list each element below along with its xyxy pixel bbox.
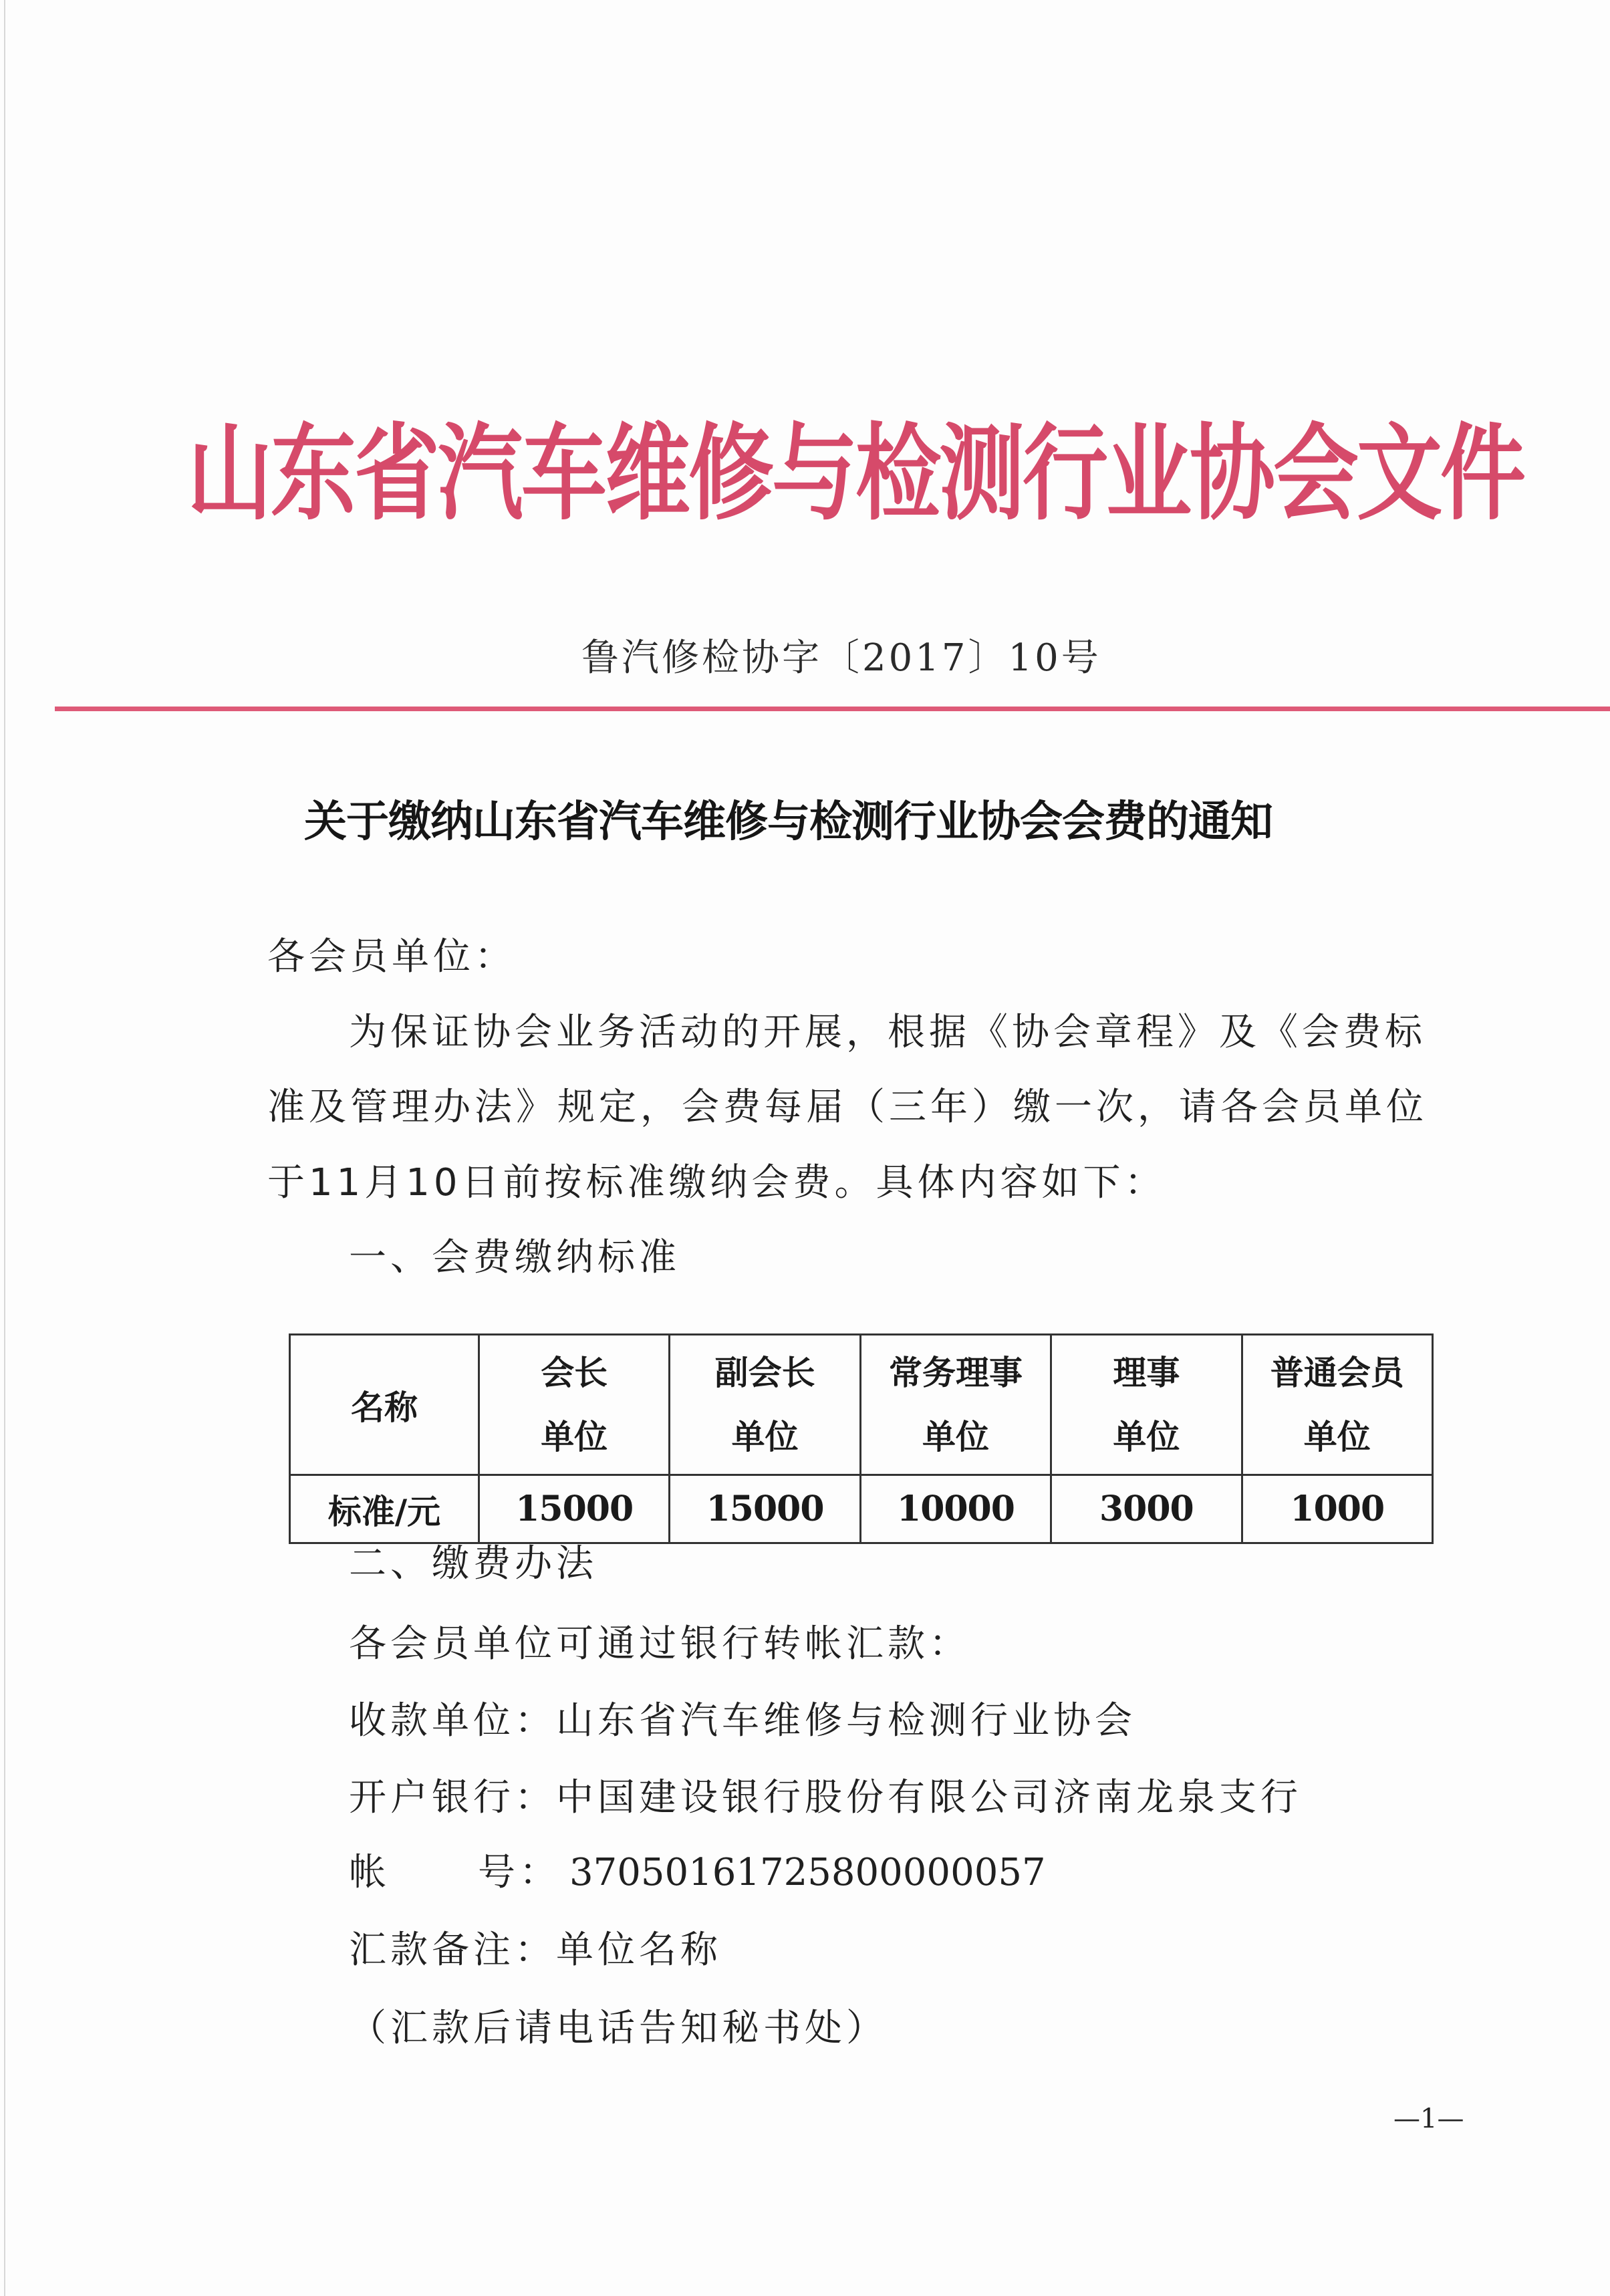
table-header-cell-ordinary-member: 普通会员 单位 — [1242, 1335, 1432, 1475]
scan-page-edge — [4, 0, 5, 2296]
payee-line: 收款单位：山东省汽车维修与检测行业协会 — [349, 1694, 1136, 1748]
paragraph-line-2: 准及管理办法》规定，会费每届（三年）缴一次，请各会员单位 — [267, 1081, 1428, 1134]
table-value-vice-president: 15000 — [670, 1475, 860, 1543]
table-header-cell-vice-president: 副会长 单位 — [670, 1335, 860, 1475]
document-number: 鲁汽修检协字〔2017〕10号 — [581, 632, 1101, 685]
account-number: 37050161725800000057 — [569, 1846, 1046, 1900]
table-row-header-cell: 名称 — [290, 1335, 479, 1475]
table-header-row: 名称 会长 单位 副会长 单位 常务理事 单位 理事 单位 普通会员 单位 — [290, 1335, 1433, 1475]
notice-line: （汇款后请电话告知秘书处） — [349, 2002, 888, 2055]
salutation: 各会员单位： — [267, 930, 516, 984]
account-label-char-1: 帐 — [349, 1846, 390, 1900]
table-header-cell-director: 理事 单位 — [1051, 1335, 1242, 1475]
table-value-director: 3000 — [1051, 1475, 1242, 1543]
table-header-cell-executive-director: 常务理事 单位 — [860, 1335, 1051, 1475]
section-heading-payment-method: 二、缴费办法 — [349, 1537, 597, 1591]
table-value-row-header: 标准/元 — [290, 1475, 479, 1543]
fee-standard-table: 名称 会长 单位 副会长 单位 常务理事 单位 理事 单位 普通会员 单位 标准… — [289, 1333, 1434, 1544]
table-value-row: 标准/元 15000 15000 10000 3000 1000 — [290, 1475, 1433, 1543]
red-divider-rule — [55, 707, 1610, 711]
page-number: —1— — [1393, 2102, 1464, 2136]
account-label-char-2: 号： — [478, 1846, 561, 1900]
notice-title: 关于缴纳山东省汽车维修与检测行业协会会费的通知 — [304, 789, 1272, 856]
paragraph-line-3: 于11月10日前按标准缴纳会费。具体内容如下： — [267, 1156, 1166, 1210]
transfer-intro: 各会员单位可通过银行转帐汇款： — [349, 1618, 970, 1671]
document-masthead: 山东省汽车维修与检测行业协会文件 — [187, 405, 1517, 543]
table-header-cell-president: 会长 单位 — [479, 1335, 670, 1475]
paragraph-line-1: 为保证协会业务活动的开展，根据《协会章程》及《会费标 — [349, 1006, 1426, 1059]
remark-line: 汇款备注：单位名称 — [349, 1924, 722, 1977]
bank-line: 开户银行：中国建设银行股份有限公司济南龙泉支行 — [349, 1771, 1302, 1825]
section-heading-fee-standard: 一、会费缴纳标准 — [349, 1231, 680, 1285]
table-value-president: 15000 — [479, 1475, 670, 1543]
table-value-executive-director: 10000 — [860, 1475, 1051, 1543]
table-value-ordinary-member: 1000 — [1242, 1475, 1432, 1543]
